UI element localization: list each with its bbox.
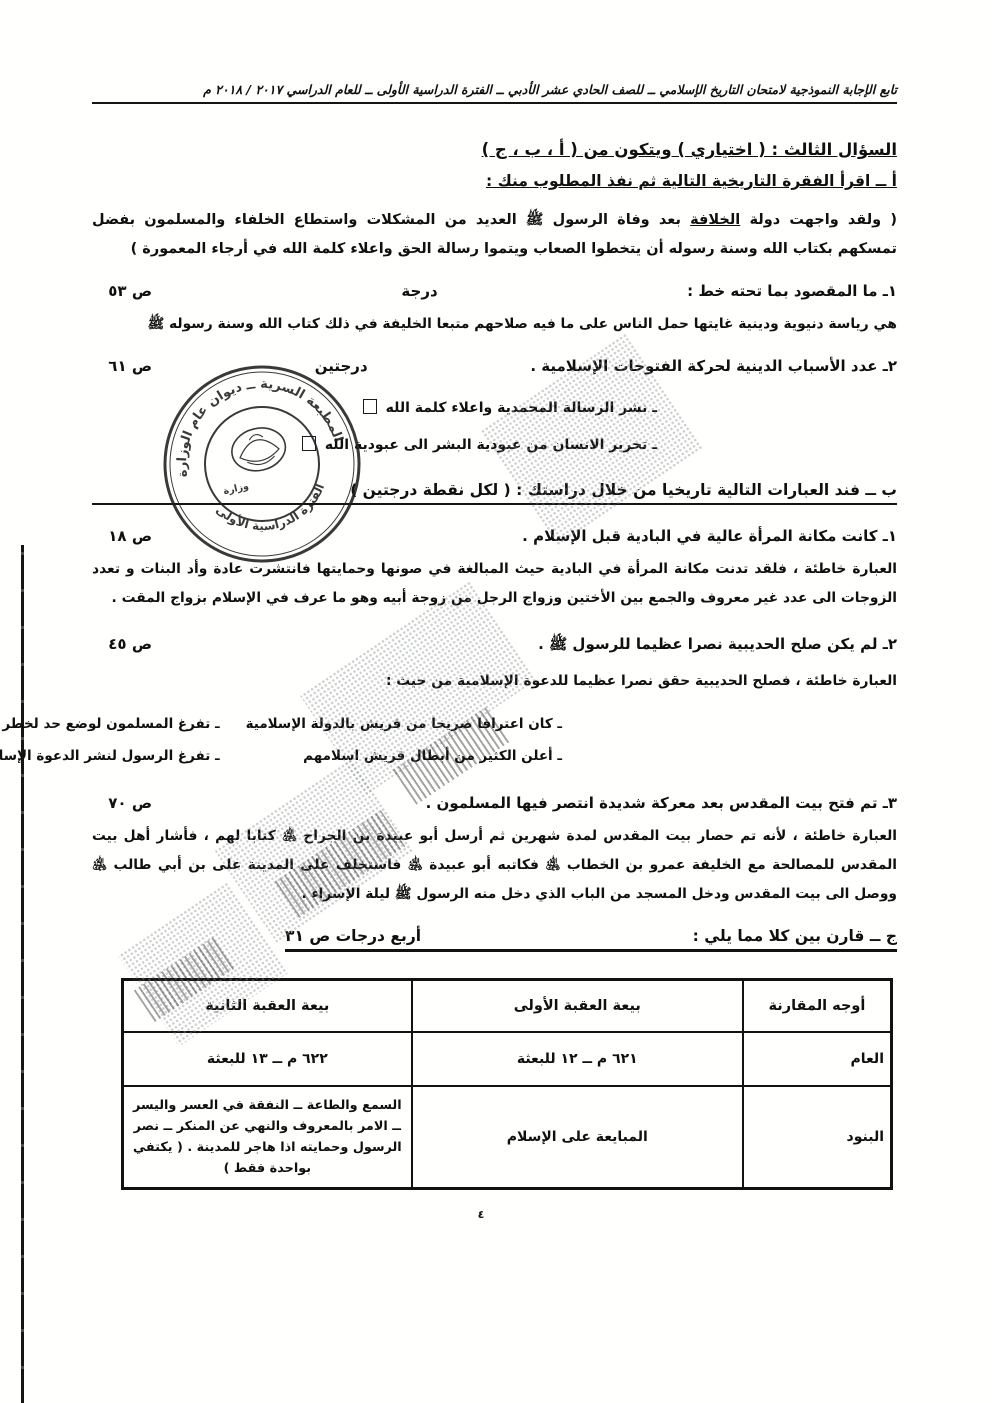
table-cell-second: ٦٢٢ م ــ ١٣ للبعثة <box>123 1032 412 1086</box>
statement-2-text: ٢ـ لم يكن صلح الحديبية نصرا عظيما للرسول… <box>538 635 897 657</box>
part-c-heading-row: ج ــ قارن بين كلا مما يلي : أربع درجات ص… <box>285 927 897 952</box>
answer-1: هي رياسة دنيوية ودينية غايتها حمل الناس … <box>92 310 897 339</box>
question-1-row: ١ـ ما المقصود بما تحته خط : درجة ص ٥٣ <box>92 282 897 300</box>
page-content: تابع الإجابة النموذجية لامتحان التاريخ ا… <box>92 82 897 1190</box>
table-cell-aspect: العام <box>743 1032 892 1086</box>
answer-2-item-text: ـ نشر الرسالة المحمدية واعلاء كلمة الله <box>386 400 657 416</box>
table-header-aspect: أوجه المقارنة <box>743 980 892 1033</box>
table-cell-aspect: البنود <box>743 1086 892 1189</box>
table-header-row: أوجه المقارنة بيعة العقبة الأولى بيعة ال… <box>123 980 892 1033</box>
state-emblem-icon <box>228 423 290 476</box>
passage-text-before: ( ولقد واجهت دولة <box>740 212 897 228</box>
question-1-page-ref: ص ٥٣ <box>92 282 152 300</box>
stamp-ring-top-text: المطبعة السرية ــ ديوان عام الوزارة <box>158 360 346 480</box>
statement-2-page-ref: ص ٤٥ <box>92 635 152 653</box>
table-header-second-pledge: بيعة العقبة الثانية <box>123 980 412 1033</box>
part-c-marks: أربع درجات ص ٣١ <box>285 927 421 945</box>
statement-3-answer: العبارة خاطئة ، لأنه تم حصار بيت المقدس … <box>92 822 897 909</box>
comparison-table: أوجه المقارنة بيعة العقبة الأولى بيعة ال… <box>121 978 893 1190</box>
point-item: ـ كان اعترافا صريحا من قريش بالدولة الإس… <box>246 708 562 740</box>
question-2-page-ref: ص ٦١ <box>92 357 152 375</box>
statement-2-answer-intro: العبارة خاطئة ، فصلح الحديبية حقق نصرا ع… <box>92 667 897 696</box>
table-row: البنود المبايعة على الإسلام السمع والطاع… <box>123 1086 892 1189</box>
passage-underlined-word: الخلافة <box>690 212 740 228</box>
answer-2-item-text: ـ تحرير الانسان من عبودية البشر الى عبود… <box>325 437 657 453</box>
part-a-heading: أ ــ اقرأ الفقرة التاريخية التالية ثم نف… <box>92 172 897 190</box>
question3-title: السؤال الثالث : ( اختياري ) ويتكون من ( … <box>92 140 897 159</box>
statement-1-page-ref: ص ١٨ <box>92 527 152 545</box>
table-header-first-pledge: بيعة العقبة الأولى <box>412 980 743 1033</box>
table-cell-first: المبايعة على الإسلام <box>412 1086 743 1189</box>
statement-2-row: ٢ـ لم يكن صلح الحديبية نصرا عظيما للرسول… <box>92 635 897 657</box>
statement-3-page-ref: ص ٧٠ <box>92 794 152 812</box>
question-2-text: ٢ـ عدد الأسباب الدينية لحركة الفتوحات ال… <box>530 357 897 375</box>
page-number: ٤ <box>0 1208 962 1221</box>
table-row: العام ٦٢١ م ــ ١٢ للبعثة ٦٢٢ م ــ ١٣ للب… <box>123 1032 892 1086</box>
point-item: ـ تفرغ الرسول لنشر الدعوة الإسلامية <box>0 740 220 772</box>
historical-passage: ( ولقد واجهت دولة الخلافة بعد وفاة الرسو… <box>92 206 897 264</box>
checkbox-icon <box>363 399 377 414</box>
table-cell-second: السمع والطاعة ــ النفقة في العسر واليسر … <box>123 1086 412 1189</box>
point-item: ـ تفرغ المسلمون لوضع حد لخطر اليهود <box>0 708 220 740</box>
scan-edge-artifact <box>21 545 24 1403</box>
statement-2-points: ـ كان اعترافا صريحا من قريش بالدولة الإس… <box>92 708 562 772</box>
statement-3-text: ٣ـ تم فتح بيت المقدس بعد معركة شديدة انت… <box>426 794 897 812</box>
part-c-heading: ج ــ قارن بين كلا مما يلي : <box>693 927 897 945</box>
table-cell-first: ٦٢١ م ــ ١٢ للبعثة <box>412 1032 743 1086</box>
stamp-center-label: وزارة <box>222 481 250 498</box>
scanned-exam-answer-page: المطبعة السرية ــ ديوان عام الوزارة الفت… <box>0 0 992 1403</box>
document-header: تابع الإجابة النموذجية لامتحان التاريخ ا… <box>92 82 897 104</box>
question-1-text: ١ـ ما المقصود بما تحته خط : <box>687 282 897 300</box>
question-1-marks: درجة <box>401 282 437 300</box>
statement-3-row: ٣ـ تم فتح بيت المقدس بعد معركة شديدة انت… <box>92 794 897 812</box>
statement-1-text: ١ـ كانت مكانة المرأة عالية في البادية قب… <box>522 527 897 545</box>
point-item: ـ أعلن الكثير من أبطال قريش اسلامهم <box>246 740 562 772</box>
